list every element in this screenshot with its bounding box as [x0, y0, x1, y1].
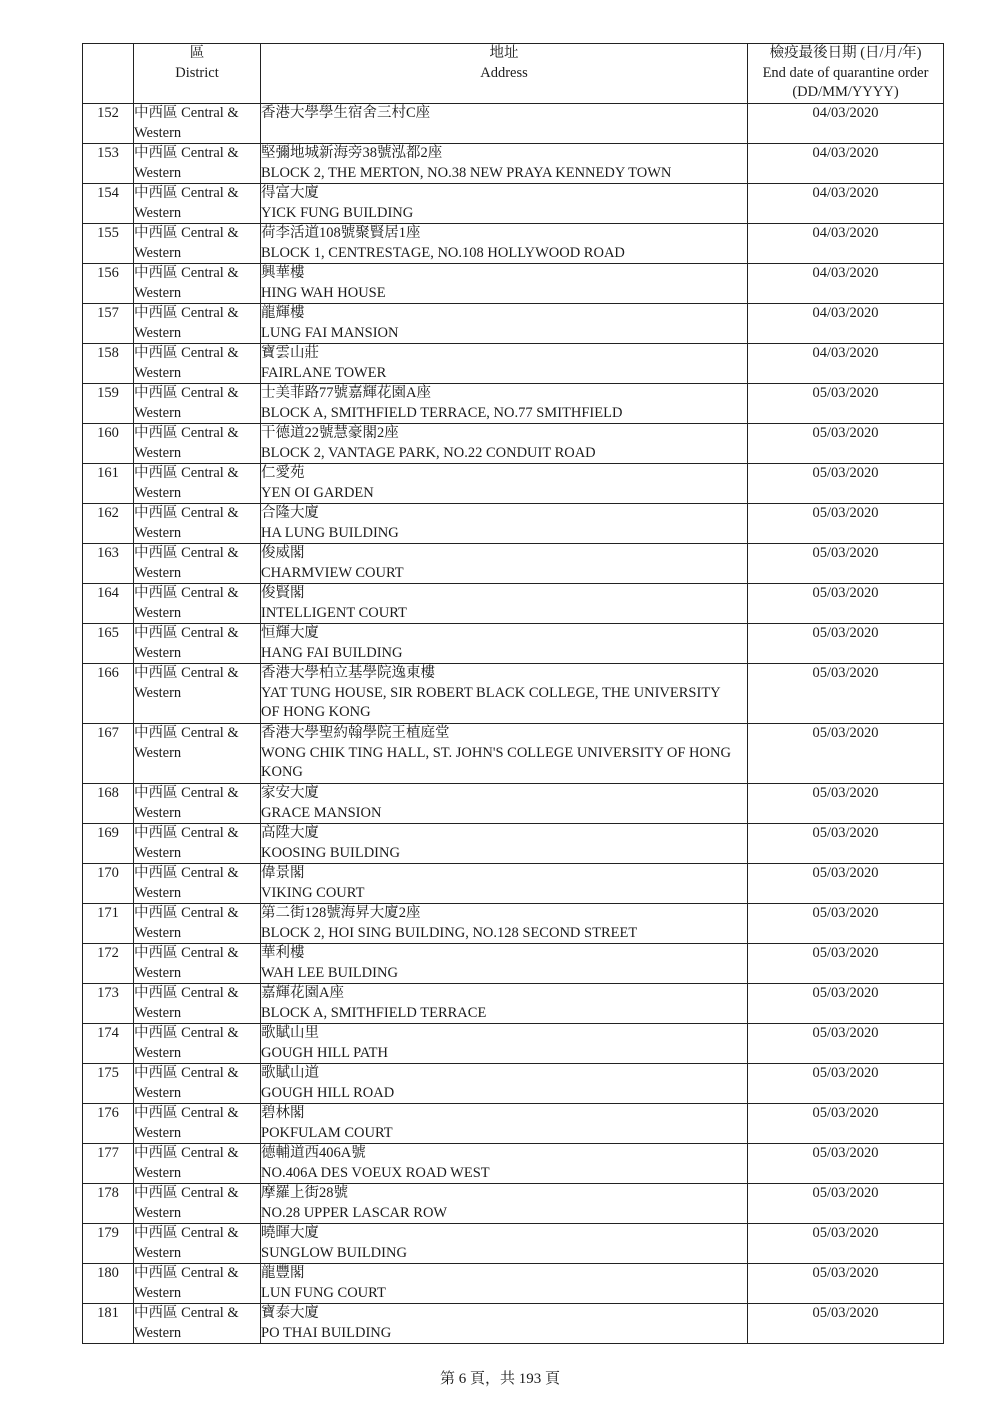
row-address: 香港大學學生宿舍三村C座 — [261, 104, 748, 144]
district-line: Western — [134, 924, 260, 944]
address-line: 士美菲路77號嘉輝花園A座 — [261, 384, 747, 404]
address-line: 摩羅上街28號 — [261, 1184, 747, 1204]
row-address: 曉暉大廈SUNGLOW BUILDING — [261, 1224, 748, 1264]
address-line: BLOCK A, SMITHFIELD TERRACE, NO.77 SMITH… — [261, 404, 747, 424]
table-row: 166中西區 Central &Western香港大學柏立基學院逸東樓YAT T… — [83, 664, 944, 724]
district-line: 中西區 Central & — [134, 344, 260, 364]
row-district: 中西區 Central &Western — [134, 144, 261, 184]
address-line: 俊威閣 — [261, 544, 747, 564]
district-line: Western — [134, 1044, 260, 1064]
district-line: 中西區 Central & — [134, 584, 260, 604]
address-line: KONG — [261, 763, 747, 783]
row-number: 175 — [83, 1064, 134, 1104]
table-row: 156中西區 Central &Western興華樓HING WAH HOUSE… — [83, 264, 944, 304]
table-row: 174中西區 Central &Western歌賦山里GOUGH HILL PA… — [83, 1024, 944, 1064]
row-district: 中西區 Central &Western — [134, 1224, 261, 1264]
table-row: 177中西區 Central &Western德輔道西406A號NO.406A … — [83, 1144, 944, 1184]
district-line: Western — [134, 484, 260, 504]
row-district: 中西區 Central &Western — [134, 1304, 261, 1344]
row-number: 161 — [83, 464, 134, 504]
row-address: 華利樓WAH LEE BUILDING — [261, 944, 748, 984]
district-line: Western — [134, 1124, 260, 1144]
row-end-date: 05/03/2020 — [748, 664, 944, 724]
district-line: 中西區 Central & — [134, 1104, 260, 1124]
header-district-en: District — [134, 64, 260, 84]
header-date-zh: 檢疫最後日期 (日/月/年) — [748, 44, 943, 64]
row-district: 中西區 Central &Western — [134, 724, 261, 784]
row-number: 165 — [83, 624, 134, 664]
row-number: 166 — [83, 664, 134, 724]
address-line: GOUGH HILL PATH — [261, 1044, 747, 1064]
row-district: 中西區 Central &Western — [134, 624, 261, 664]
row-number: 181 — [83, 1304, 134, 1344]
row-end-date: 05/03/2020 — [748, 944, 944, 984]
address-line: BLOCK 2, THE MERTON, NO.38 NEW PRAYA KEN… — [261, 164, 747, 184]
row-address: 俊賢閣INTELLIGENT COURT — [261, 584, 748, 624]
district-line: 中西區 Central & — [134, 504, 260, 524]
row-address: 摩羅上街28號NO.28 UPPER LASCAR ROW — [261, 1184, 748, 1224]
row-address: 龍豐閣LUN FUNG COURT — [261, 1264, 748, 1304]
table-row: 169中西區 Central &Western高陞大廈KOOSING BUILD… — [83, 824, 944, 864]
address-line: FAIRLANE TOWER — [261, 364, 747, 384]
address-line: WAH LEE BUILDING — [261, 964, 747, 984]
address-line: INTELLIGENT COURT — [261, 604, 747, 624]
row-address: 堅彌地城新海旁38號泓都2座BLOCK 2, THE MERTON, NO.38… — [261, 144, 748, 184]
district-line: Western — [134, 564, 260, 584]
row-end-date: 04/03/2020 — [748, 144, 944, 184]
district-line: Western — [134, 644, 260, 664]
row-number: 178 — [83, 1184, 134, 1224]
row-district: 中西區 Central &Western — [134, 1104, 261, 1144]
district-line: 中西區 Central & — [134, 184, 260, 204]
address-line: OF HONG KONG — [261, 703, 747, 723]
header-date-format: (DD/MM/YYYY) — [748, 83, 943, 103]
district-line: 中西區 Central & — [134, 1144, 260, 1164]
district-line: Western — [134, 524, 260, 544]
row-end-date: 04/03/2020 — [748, 344, 944, 384]
district-line: Western — [134, 604, 260, 624]
row-address: 香港大學聖約翰學院王植庭堂WONG CHIK TING HALL, ST. JO… — [261, 724, 748, 784]
table-row: 176中西區 Central &Western碧林閣POKFULAM COURT… — [83, 1104, 944, 1144]
row-end-date: 05/03/2020 — [748, 824, 944, 864]
row-district: 中西區 Central &Western — [134, 904, 261, 944]
address-line: 高陞大廈 — [261, 824, 747, 844]
header-date-en: End date of quarantine order — [748, 64, 943, 84]
district-line: Western — [134, 1084, 260, 1104]
district-line: Western — [134, 284, 260, 304]
district-line: Western — [134, 684, 260, 704]
row-number: 167 — [83, 724, 134, 784]
district-line: 中西區 Central & — [134, 464, 260, 484]
row-address: 高陞大廈KOOSING BUILDING — [261, 824, 748, 864]
row-number: 156 — [83, 264, 134, 304]
row-end-date: 04/03/2020 — [748, 264, 944, 304]
table-row: 181中西區 Central &Western寶泰大廈PO THAI BUILD… — [83, 1304, 944, 1344]
row-district: 中西區 Central &Western — [134, 184, 261, 224]
address-line: BLOCK 2, VANTAGE PARK, NO.22 CONDUIT ROA… — [261, 444, 747, 464]
district-line: Western — [134, 404, 260, 424]
header-district-zh: 區 — [134, 44, 260, 64]
row-number: 163 — [83, 544, 134, 584]
row-end-date: 05/03/2020 — [748, 1104, 944, 1144]
table-body: 152中西區 Central &Western香港大學學生宿舍三村C座04/03… — [83, 104, 944, 1344]
address-line: 香港大學聖約翰學院王植庭堂 — [261, 724, 747, 744]
row-end-date: 05/03/2020 — [748, 1264, 944, 1304]
row-address: 歌賦山道GOUGH HILL ROAD — [261, 1064, 748, 1104]
row-end-date: 04/03/2020 — [748, 184, 944, 224]
row-number: 164 — [83, 584, 134, 624]
district-line: 中西區 Central & — [134, 264, 260, 284]
row-end-date: 05/03/2020 — [748, 1304, 944, 1344]
row-end-date: 05/03/2020 — [748, 1064, 944, 1104]
address-line: NO.28 UPPER LASCAR ROW — [261, 1204, 747, 1224]
row-address: 寶雲山莊FAIRLANE TOWER — [261, 344, 748, 384]
address-line: 偉景閣 — [261, 864, 747, 884]
district-line: 中西區 Central & — [134, 224, 260, 244]
district-line: 中西區 Central & — [134, 984, 260, 1004]
district-line: Western — [134, 1284, 260, 1304]
address-line: 歌賦山里 — [261, 1024, 747, 1044]
address-line: HA LUNG BUILDING — [261, 524, 747, 544]
district-line: 中西區 Central & — [134, 824, 260, 844]
address-line: 興華樓 — [261, 264, 747, 284]
district-line: 中西區 Central & — [134, 724, 260, 744]
row-district: 中西區 Central &Western — [134, 384, 261, 424]
row-number: 169 — [83, 824, 134, 864]
row-address: 第二街128號海昇大廈2座BLOCK 2, HOI SING BUILDING,… — [261, 904, 748, 944]
row-district: 中西區 Central &Western — [134, 264, 261, 304]
address-line: 俊賢閣 — [261, 584, 747, 604]
table-row: 164中西區 Central &Western俊賢閣INTELLIGENT CO… — [83, 584, 944, 624]
address-line: 華利樓 — [261, 944, 747, 964]
address-line: 寶雲山莊 — [261, 344, 747, 364]
address-line: 干德道22號慧豪閣2座 — [261, 424, 747, 444]
address-line: 嘉輝花園A座 — [261, 984, 747, 1004]
address-line: 堅彌地城新海旁38號泓都2座 — [261, 144, 747, 164]
district-line: Western — [134, 1164, 260, 1184]
address-line: 仁愛苑 — [261, 464, 747, 484]
row-address: 得富大廈YICK FUNG BUILDING — [261, 184, 748, 224]
row-district: 中西區 Central &Western — [134, 104, 261, 144]
address-line: 德輔道西406A號 — [261, 1144, 747, 1164]
address-line: 恒輝大廈 — [261, 624, 747, 644]
header-number — [83, 44, 134, 104]
address-line: 香港大學學生宿舍三村C座 — [261, 104, 747, 124]
row-district: 中西區 Central &Western — [134, 1144, 261, 1184]
quarantine-address-table: 區 District 地址 Address 檢疫最後日期 (日/月/年) End… — [82, 43, 944, 1344]
table-row: 163中西區 Central &Western俊威閣CHARMVIEW COUR… — [83, 544, 944, 584]
address-line: BLOCK 1, CENTRESTAGE, NO.108 HOLLYWOOD R… — [261, 244, 747, 264]
row-address: 歌賦山里GOUGH HILL PATH — [261, 1024, 748, 1064]
header-end-date: 檢疫最後日期 (日/月/年) End date of quarantine or… — [748, 44, 944, 104]
row-address: 德輔道西406A號NO.406A DES VOEUX ROAD WEST — [261, 1144, 748, 1184]
header-address-zh: 地址 — [261, 44, 747, 64]
row-end-date: 05/03/2020 — [748, 1184, 944, 1224]
district-line: 中西區 Central & — [134, 904, 260, 924]
row-end-date: 05/03/2020 — [748, 1024, 944, 1064]
row-end-date: 04/03/2020 — [748, 304, 944, 344]
row-number: 174 — [83, 1024, 134, 1064]
address-line: SUNGLOW BUILDING — [261, 1244, 747, 1264]
header-address: 地址 Address — [261, 44, 748, 104]
district-line: Western — [134, 1004, 260, 1024]
header-district: 區 District — [134, 44, 261, 104]
row-address: 仁愛苑YEN OI GARDEN — [261, 464, 748, 504]
table-row: 160中西區 Central &Western干德道22號慧豪閣2座BLOCK … — [83, 424, 944, 464]
district-line: 中西區 Central & — [134, 104, 260, 124]
district-line: 中西區 Central & — [134, 944, 260, 964]
district-line: 中西區 Central & — [134, 544, 260, 564]
address-line: YICK FUNG BUILDING — [261, 204, 747, 224]
table-row: 168中西區 Central &Western家安大廈GRACE MANSION… — [83, 784, 944, 824]
district-line: 中西區 Central & — [134, 784, 260, 804]
district-line: Western — [134, 1244, 260, 1264]
address-line: 第二街128號海昇大廈2座 — [261, 904, 747, 924]
address-line: LUNG FAI MANSION — [261, 324, 747, 344]
row-end-date: 05/03/2020 — [748, 544, 944, 584]
row-end-date: 05/03/2020 — [748, 1224, 944, 1264]
table-row: 172中西區 Central &Western華利樓WAH LEE BUILDI… — [83, 944, 944, 984]
address-line: HING WAH HOUSE — [261, 284, 747, 304]
row-address: 興華樓HING WAH HOUSE — [261, 264, 748, 304]
row-district: 中西區 Central &Western — [134, 984, 261, 1024]
address-line: KOOSING BUILDING — [261, 844, 747, 864]
row-number: 173 — [83, 984, 134, 1024]
row-address: 偉景閣VIKING COURT — [261, 864, 748, 904]
district-line: 中西區 Central & — [134, 1224, 260, 1244]
row-district: 中西區 Central &Western — [134, 224, 261, 264]
row-end-date: 04/03/2020 — [748, 224, 944, 264]
row-number: 171 — [83, 904, 134, 944]
address-line: 歌賦山道 — [261, 1064, 747, 1084]
row-address: 龍輝樓LUNG FAI MANSION — [261, 304, 748, 344]
row-district: 中西區 Central &Western — [134, 424, 261, 464]
row-district: 中西區 Central &Western — [134, 784, 261, 824]
row-district: 中西區 Central &Western — [134, 504, 261, 544]
district-line: Western — [134, 1324, 260, 1344]
address-line: CHARMVIEW COURT — [261, 564, 747, 584]
district-line: 中西區 Central & — [134, 1184, 260, 1204]
table-row: 171中西區 Central &Western第二街128號海昇大廈2座BLOC… — [83, 904, 944, 944]
address-line: 香港大學柏立基學院逸東樓 — [261, 664, 747, 684]
district-line: 中西區 Central & — [134, 1304, 260, 1324]
district-line: Western — [134, 164, 260, 184]
table-row: 153中西區 Central &Western堅彌地城新海旁38號泓都2座BLO… — [83, 144, 944, 184]
row-district: 中西區 Central &Western — [134, 544, 261, 584]
page-number-footer: 第 6 頁，共 193 頁 — [0, 1367, 1000, 1388]
row-end-date: 05/03/2020 — [748, 984, 944, 1024]
address-line: YAT TUNG HOUSE, SIR ROBERT BLACK COLLEGE… — [261, 684, 747, 704]
row-number: 180 — [83, 1264, 134, 1304]
row-address: 合隆大廈HA LUNG BUILDING — [261, 504, 748, 544]
address-line: BLOCK 2, HOI SING BUILDING, NO.128 SECON… — [261, 924, 747, 944]
address-line: NO.406A DES VOEUX ROAD WEST — [261, 1164, 747, 1184]
district-line: 中西區 Central & — [134, 864, 260, 884]
table-row: 162中西區 Central &Western合隆大廈HA LUNG BUILD… — [83, 504, 944, 544]
address-line: GRACE MANSION — [261, 804, 747, 824]
row-district: 中西區 Central &Western — [134, 944, 261, 984]
row-end-date: 05/03/2020 — [748, 724, 944, 784]
row-district: 中西區 Central &Western — [134, 664, 261, 724]
row-number: 158 — [83, 344, 134, 384]
district-line: Western — [134, 324, 260, 344]
row-end-date: 05/03/2020 — [748, 784, 944, 824]
row-address: 干德道22號慧豪閣2座BLOCK 2, VANTAGE PARK, NO.22 … — [261, 424, 748, 464]
row-address: 恒輝大廈HANG FAI BUILDING — [261, 624, 748, 664]
table-row: 152中西區 Central &Western香港大學學生宿舍三村C座04/03… — [83, 104, 944, 144]
row-district: 中西區 Central &Western — [134, 304, 261, 344]
row-end-date: 05/03/2020 — [748, 624, 944, 664]
row-district: 中西區 Central &Western — [134, 344, 261, 384]
row-number: 162 — [83, 504, 134, 544]
row-end-date: 05/03/2020 — [748, 864, 944, 904]
row-number: 152 — [83, 104, 134, 144]
table-row: 157中西區 Central &Western龍輝樓LUNG FAI MANSI… — [83, 304, 944, 344]
row-address: 香港大學柏立基學院逸東樓YAT TUNG HOUSE, SIR ROBERT B… — [261, 664, 748, 724]
row-end-date: 05/03/2020 — [748, 464, 944, 504]
table-row: 167中西區 Central &Western香港大學聖約翰學院王植庭堂WONG… — [83, 724, 944, 784]
row-address: 嘉輝花園A座BLOCK A, SMITHFIELD TERRACE — [261, 984, 748, 1024]
row-end-date: 05/03/2020 — [748, 384, 944, 424]
row-district: 中西區 Central &Western — [134, 864, 261, 904]
row-district: 中西區 Central &Western — [134, 1264, 261, 1304]
table-row: 179中西區 Central &Western曉暉大廈SUNGLOW BUILD… — [83, 1224, 944, 1264]
district-line: 中西區 Central & — [134, 664, 260, 684]
row-district: 中西區 Central &Western — [134, 1064, 261, 1104]
row-district: 中西區 Central &Western — [134, 824, 261, 864]
address-line: 曉暉大廈 — [261, 1224, 747, 1244]
row-number: 159 — [83, 384, 134, 424]
address-line: 得富大廈 — [261, 184, 747, 204]
district-line: Western — [134, 204, 260, 224]
address-line: PO THAI BUILDING — [261, 1324, 747, 1344]
row-number: 170 — [83, 864, 134, 904]
row-district: 中西區 Central &Western — [134, 584, 261, 624]
district-line: Western — [134, 844, 260, 864]
row-end-date: 05/03/2020 — [748, 904, 944, 944]
district-line: 中西區 Central & — [134, 424, 260, 444]
table-row: 175中西區 Central &Western歌賦山道GOUGH HILL RO… — [83, 1064, 944, 1104]
district-line: 中西區 Central & — [134, 1064, 260, 1084]
row-address: 碧林閣POKFULAM COURT — [261, 1104, 748, 1144]
table-row: 170中西區 Central &Western偉景閣VIKING COURT05… — [83, 864, 944, 904]
district-line: 中西區 Central & — [134, 144, 260, 164]
address-line: POKFULAM COURT — [261, 1124, 747, 1144]
row-end-date: 04/03/2020 — [748, 104, 944, 144]
table-row: 180中西區 Central &Western龍豐閣LUN FUNG COURT… — [83, 1264, 944, 1304]
district-line: 中西區 Central & — [134, 1264, 260, 1284]
row-address: 荷李活道108號聚賢居1座BLOCK 1, CENTRESTAGE, NO.10… — [261, 224, 748, 264]
row-end-date: 05/03/2020 — [748, 584, 944, 624]
address-line: 寶泰大廈 — [261, 1304, 747, 1324]
table-row: 165中西區 Central &Western恒輝大廈HANG FAI BUIL… — [83, 624, 944, 664]
district-line: Western — [134, 124, 260, 144]
address-line: 龍豐閣 — [261, 1264, 747, 1284]
district-line: Western — [134, 964, 260, 984]
district-line: 中西區 Central & — [134, 624, 260, 644]
district-line: Western — [134, 884, 260, 904]
row-number: 157 — [83, 304, 134, 344]
header-address-en: Address — [261, 64, 747, 84]
address-line: HANG FAI BUILDING — [261, 644, 747, 664]
row-district: 中西區 Central &Western — [134, 1184, 261, 1224]
row-number: 168 — [83, 784, 134, 824]
table-row: 155中西區 Central &Western荷李活道108號聚賢居1座BLOC… — [83, 224, 944, 264]
row-number: 177 — [83, 1144, 134, 1184]
row-number: 179 — [83, 1224, 134, 1264]
district-line: Western — [134, 744, 260, 764]
table-header-row: 區 District 地址 Address 檢疫最後日期 (日/月/年) End… — [83, 44, 944, 104]
address-line: WONG CHIK TING HALL, ST. JOHN'S COLLEGE … — [261, 744, 747, 764]
district-line: Western — [134, 444, 260, 464]
district-line: Western — [134, 804, 260, 824]
address-line: GOUGH HILL ROAD — [261, 1084, 747, 1104]
district-line: Western — [134, 1204, 260, 1224]
address-line: VIKING COURT — [261, 884, 747, 904]
district-line: Western — [134, 244, 260, 264]
row-district: 中西區 Central &Western — [134, 1024, 261, 1064]
row-end-date: 05/03/2020 — [748, 504, 944, 544]
row-number: 155 — [83, 224, 134, 264]
row-number: 153 — [83, 144, 134, 184]
row-number: 160 — [83, 424, 134, 464]
row-end-date: 05/03/2020 — [748, 1144, 944, 1184]
address-line: 荷李活道108號聚賢居1座 — [261, 224, 747, 244]
district-line: Western — [134, 364, 260, 384]
address-line: 碧林閣 — [261, 1104, 747, 1124]
row-district: 中西區 Central &Western — [134, 464, 261, 504]
row-address: 士美菲路77號嘉輝花園A座BLOCK A, SMITHFIELD TERRACE… — [261, 384, 748, 424]
address-line: 龍輝樓 — [261, 304, 747, 324]
table-row: 159中西區 Central &Western士美菲路77號嘉輝花園A座BLOC… — [83, 384, 944, 424]
table-row: 178中西區 Central &Western摩羅上街28號NO.28 UPPE… — [83, 1184, 944, 1224]
address-line: BLOCK A, SMITHFIELD TERRACE — [261, 1004, 747, 1024]
district-line: 中西區 Central & — [134, 1024, 260, 1044]
district-line: 中西區 Central & — [134, 304, 260, 324]
district-line: 中西區 Central & — [134, 384, 260, 404]
row-number: 172 — [83, 944, 134, 984]
row-address: 寶泰大廈PO THAI BUILDING — [261, 1304, 748, 1344]
row-end-date: 05/03/2020 — [748, 424, 944, 464]
row-number: 176 — [83, 1104, 134, 1144]
address-line: 合隆大廈 — [261, 504, 747, 524]
row-number: 154 — [83, 184, 134, 224]
row-address: 家安大廈GRACE MANSION — [261, 784, 748, 824]
row-address: 俊威閣CHARMVIEW COURT — [261, 544, 748, 584]
address-line: LUN FUNG COURT — [261, 1284, 747, 1304]
table-row: 173中西區 Central &Western嘉輝花園A座BLOCK A, SM… — [83, 984, 944, 1024]
address-line: 家安大廈 — [261, 784, 747, 804]
table-row: 161中西區 Central &Western仁愛苑YEN OI GARDEN0… — [83, 464, 944, 504]
address-line: YEN OI GARDEN — [261, 484, 747, 504]
table-row: 158中西區 Central &Western寶雲山莊FAIRLANE TOWE… — [83, 344, 944, 384]
table-row: 154中西區 Central &Western得富大廈YICK FUNG BUI… — [83, 184, 944, 224]
